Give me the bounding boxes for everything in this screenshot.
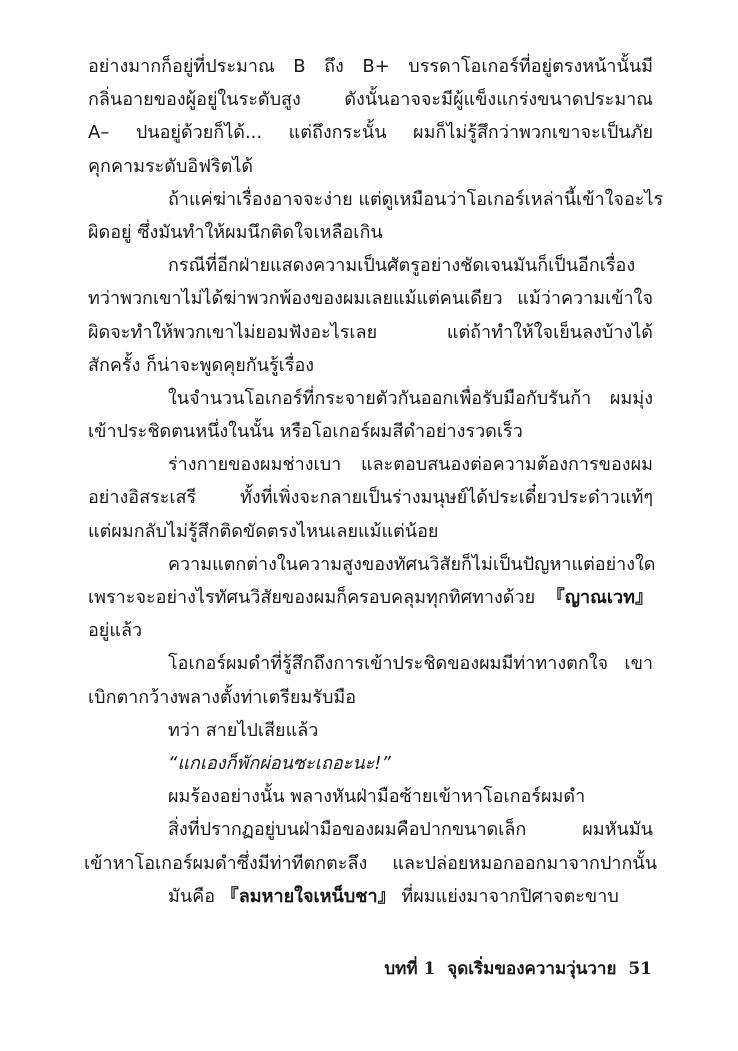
text-line: กลิ่นอายของผู้อยู่ในระดับสูง ดังนั้นอาจจ… (88, 83, 653, 116)
paragraph-start-line: โอเกอร์ผมดำที่รู้สึกถึงการเข้าประชิดของผ… (88, 647, 653, 680)
text-line: แต่ผมกลับไม่รู้สึกติดขัดตรงไหนเลยแม้แต่น… (88, 515, 653, 548)
text-line: เข้าหาโอเกอร์ผมดำซึ่งมีท่าทีตกตะลึง และป… (84, 847, 657, 880)
text-line: สักครั้ง ก็น่าจะพูดคุยกันรู้เรื่อง (88, 349, 653, 382)
paragraph-start-line: กรณีที่อีกฝ่ายแสดงความเป็นศัตรูอย่างชัดเ… (88, 249, 653, 282)
text-line: A– ปนอยู่ด้วยก็ได้... แต่ถึงกระนั้น ผมก็… (88, 116, 653, 149)
paragraph-start-line: ร่างกายของผมช่างเบา และตอบสนองต่อความต้อ… (88, 448, 653, 481)
skill-term: 『ญาณเวท』 (547, 581, 653, 614)
text-line-with-term: เพราะจะอย่างไรทัศนวิสัยของผมก็ครอบคลุมทุ… (88, 581, 653, 614)
text-line: ผิดอยู่ ซึ่งมันทำให้ผมนึกติดใจเหลือเกิน (88, 216, 653, 249)
text-fragment: มันคือ (168, 886, 215, 907)
paragraph-start-line: ในจำนวนโอเกอร์ที่กระจายตัวกันออกเพื่อรับ… (88, 382, 653, 415)
skill-term: 『ลมหายใจเหน็บชา』 (221, 886, 396, 907)
text-line: เบิกตากว้างพลางตั้งท่าเตรียมรับมือ (88, 681, 653, 714)
paragraph-start-line: ทว่า สายไปเสียแล้ว (88, 714, 653, 747)
paragraph-start-line: ถ้าแค่ฆ่าเรื่องอาจจะง่าย แต่ดูเหมือนว่าโ… (88, 183, 653, 216)
dialogue-line: “แกเองก็พักผ่อนซะเถอะนะ!” (88, 747, 653, 780)
text-fragment: ที่ผมแย่งมาจากปิศาจตะขาบ (401, 886, 618, 907)
text-line: คุกคามระดับอิฟริตได้ (88, 150, 653, 183)
page-body: อย่างมากก็อยู่ที่ประมาณ B ถึง B+ บรรดาโอ… (88, 50, 653, 913)
page-number: 51 (628, 959, 652, 979)
paragraph-start-line: ความแตกต่างในความสูงของทัศนวิสัยก็ไม่เป็… (88, 548, 653, 581)
text-line: เข้าประชิดตนหนึ่งในนั้น หรือโอเกอร์ผมสีด… (88, 415, 653, 448)
chapter-title: จุดเริ่มของความวุ่นวาย (447, 959, 616, 979)
paragraph-start-line: สิ่งที่ปรากฏอยู่บนฝ่ามือของผมคือปากขนาดเ… (88, 813, 653, 846)
text-line: ผิดจะทำให้พวกเขาไม่ยอมฟังอะไรเลย แต่ถ้าท… (88, 316, 653, 349)
text-fragment: เพราะจะอย่างไรทัศนวิสัยของผมก็ครอบคลุมทุ… (88, 581, 535, 614)
text-line: อยู่แล้ว (88, 614, 653, 647)
paragraph-start-line: ผมร้องอย่างนั้น พลางหันฝ่ามือซ้ายเข้าหาโ… (88, 780, 653, 813)
text-line: อย่างอิสระเสรี ทั้งที่เพิ่งจะกลายเป็นร่า… (88, 481, 653, 514)
chapter-label: บทที่ 1 (384, 959, 435, 979)
page-footer: บทที่ 1 จุดเริ่มของความวุ่นวาย 51 (384, 955, 652, 982)
text-line: ทว่าพวกเขาไม่ได้ฆ่าพวกพ้องของผมเลยแม้แต่… (88, 282, 653, 315)
text-line-with-term: มันคือ 『ลมหายใจเหน็บชา』 ที่ผมแย่งมาจากปิ… (88, 880, 653, 913)
text-line: อย่างมากก็อยู่ที่ประมาณ B ถึง B+ บรรดาโอ… (88, 50, 653, 83)
